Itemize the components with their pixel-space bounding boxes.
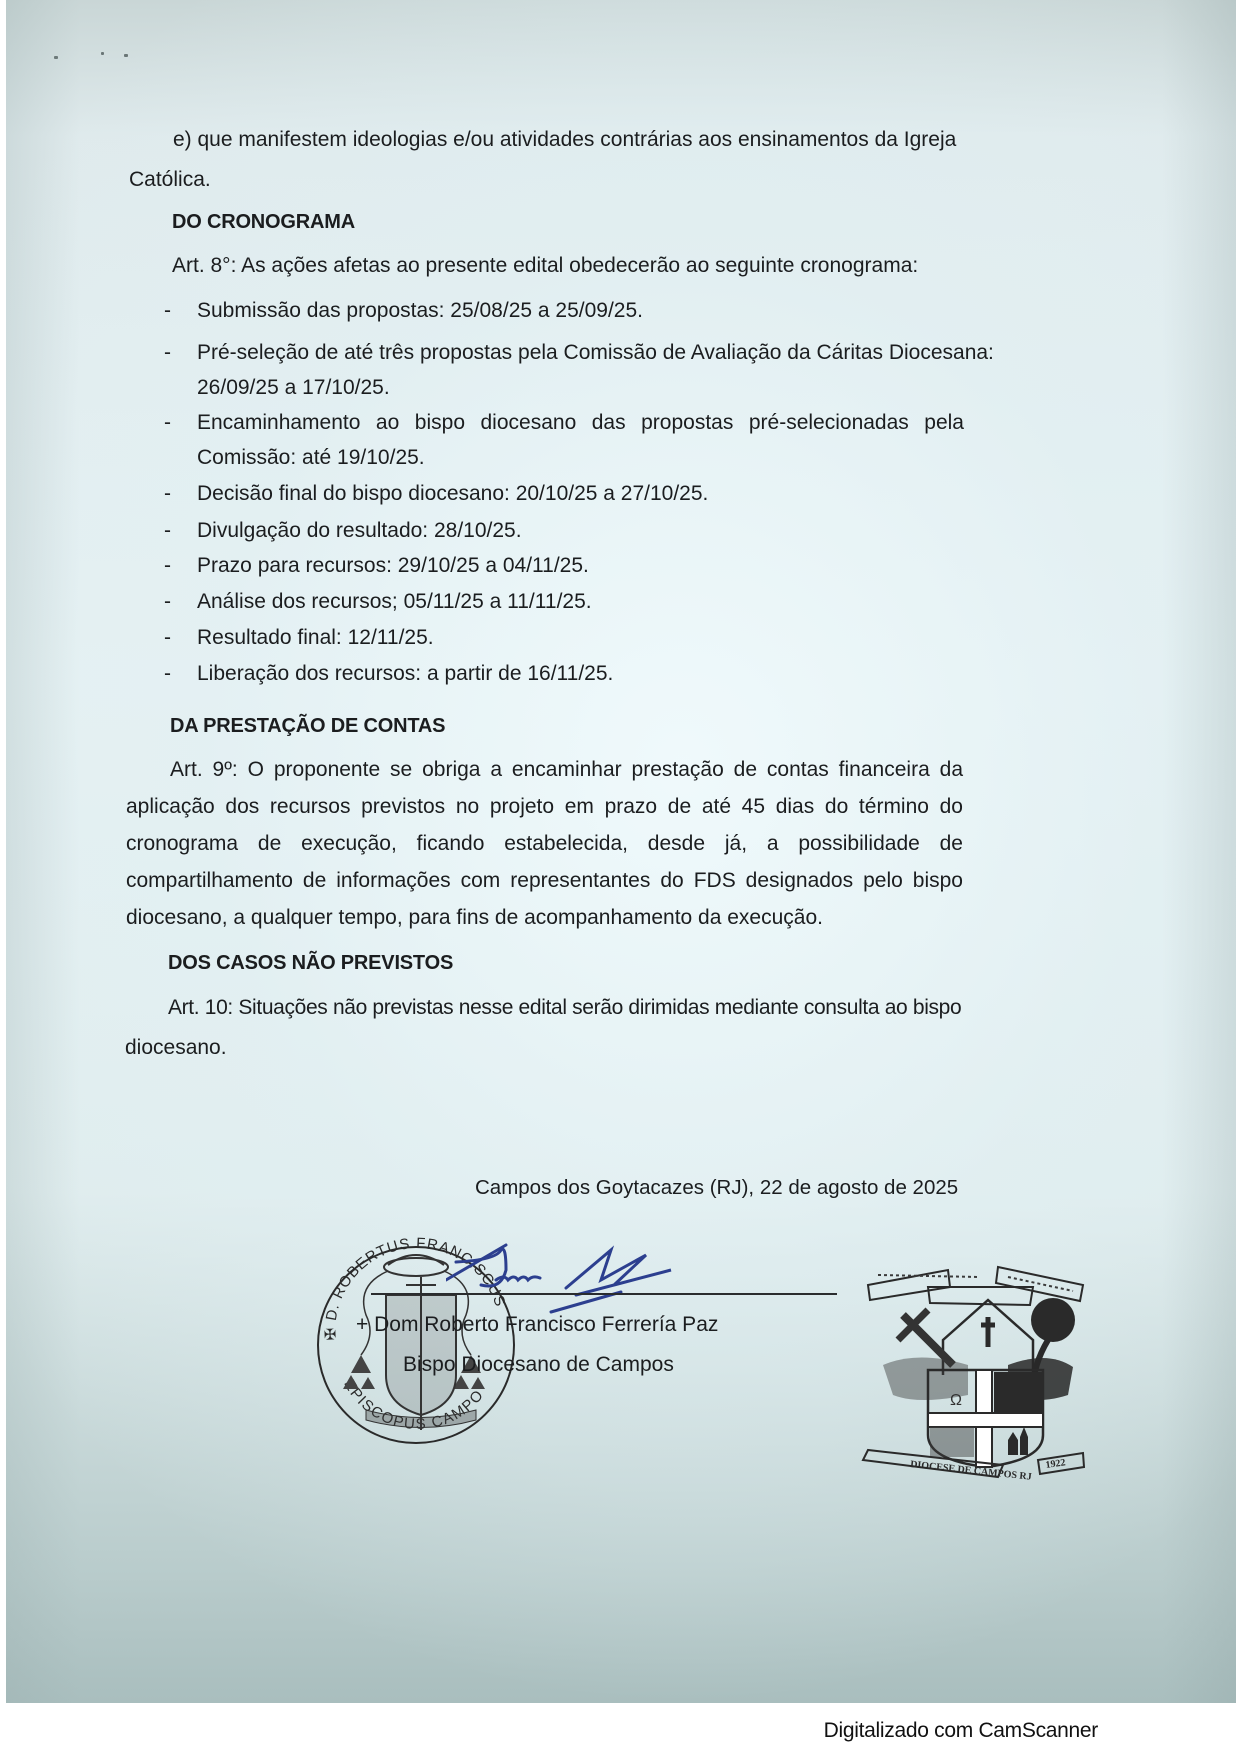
art10-line2: diocesano. xyxy=(125,1035,227,1061)
cronograma-item: Decisão final do bispo diocesano: 20/10/… xyxy=(197,481,708,507)
heading-cronograma: DO CRONOGRAMA xyxy=(172,209,355,235)
speck xyxy=(101,52,104,55)
speck xyxy=(54,56,58,59)
art9-line3: cronograma de execução, ficando estabele… xyxy=(126,831,963,857)
signer-name: + Dom Roberto Francisco Ferrería Paz xyxy=(356,1312,718,1338)
cronograma-item: Prazo para recursos: 29/10/25 a 04/11/25… xyxy=(197,553,589,579)
art10-line1: Art. 10: Situações não previstas nesse e… xyxy=(168,995,961,1021)
cronograma-item: Análise dos recursos; 05/11/25 a 11/11/2… xyxy=(197,589,592,615)
cronograma-bullet: - xyxy=(164,340,171,366)
cronograma-item: 26/09/25 a 17/10/25. xyxy=(197,375,390,401)
speck xyxy=(124,54,128,57)
place-and-date: Campos dos Goytacazes (RJ), 22 de agosto… xyxy=(475,1175,958,1201)
cronograma-item: Pré-seleção de até três propostas pela C… xyxy=(197,340,994,366)
cronograma-bullet: - xyxy=(164,661,171,687)
art8-intro: Art. 8°: As ações afetas ao presente edi… xyxy=(172,253,918,279)
scanned-page: e) que manifestem ideologias e/ou ativid… xyxy=(6,0,1236,1703)
svg-text:1922: 1922 xyxy=(1045,1457,1066,1471)
cronograma-item: Encaminhamento ao bispo diocesano das pr… xyxy=(197,410,964,436)
cronograma-bullet: - xyxy=(164,625,171,651)
diocese-coat-of-arms-icon: Ω DIOCESE DE CAMPOS RJ 1922 xyxy=(858,1255,1088,1480)
handwritten-signature-icon xyxy=(446,1240,706,1320)
cronograma-item: Liberação dos recursos: a partir de 16/1… xyxy=(197,661,613,687)
art9-line2: aplicação dos recursos previstos no proj… xyxy=(126,794,963,820)
art9-line1: Art. 9º: O proponente se obriga a encami… xyxy=(170,757,963,783)
signature-line xyxy=(371,1293,837,1295)
cronograma-bullet: - xyxy=(164,518,171,544)
cronograma-bullet: - xyxy=(164,410,171,436)
art9-line4: compartilhamento de informações com repr… xyxy=(126,868,963,894)
heading-prestacao: DA PRESTAÇÃO DE CONTAS xyxy=(170,713,445,739)
art9-line5: diocesano, a qualquer tempo, para fins d… xyxy=(126,905,823,931)
item-e-line1: e) que manifestem ideologias e/ou ativid… xyxy=(173,127,956,153)
cronograma-item: Comissão: até 19/10/25. xyxy=(197,445,425,471)
cronograma-bullet: - xyxy=(164,553,171,579)
cronograma-item: Resultado final: 12/11/25. xyxy=(197,625,434,651)
cronograma-item: Submissão das propostas: 25/08/25 a 25/0… xyxy=(197,298,643,324)
camscanner-watermark: Digitalizado com CamScanner xyxy=(824,1719,1098,1743)
item-e-line2: Católica. xyxy=(129,167,211,193)
heading-casos: DOS CASOS NÃO PREVISTOS xyxy=(168,950,453,976)
cronograma-bullet: - xyxy=(164,589,171,615)
cronograma-bullet: - xyxy=(164,298,171,324)
svg-text:Ω: Ω xyxy=(950,1392,962,1409)
cronograma-bullet: - xyxy=(164,481,171,507)
signer-title: Bispo Diocesano de Campos xyxy=(403,1352,674,1378)
cronograma-item: Divulgação do resultado: 28/10/25. xyxy=(197,518,522,544)
